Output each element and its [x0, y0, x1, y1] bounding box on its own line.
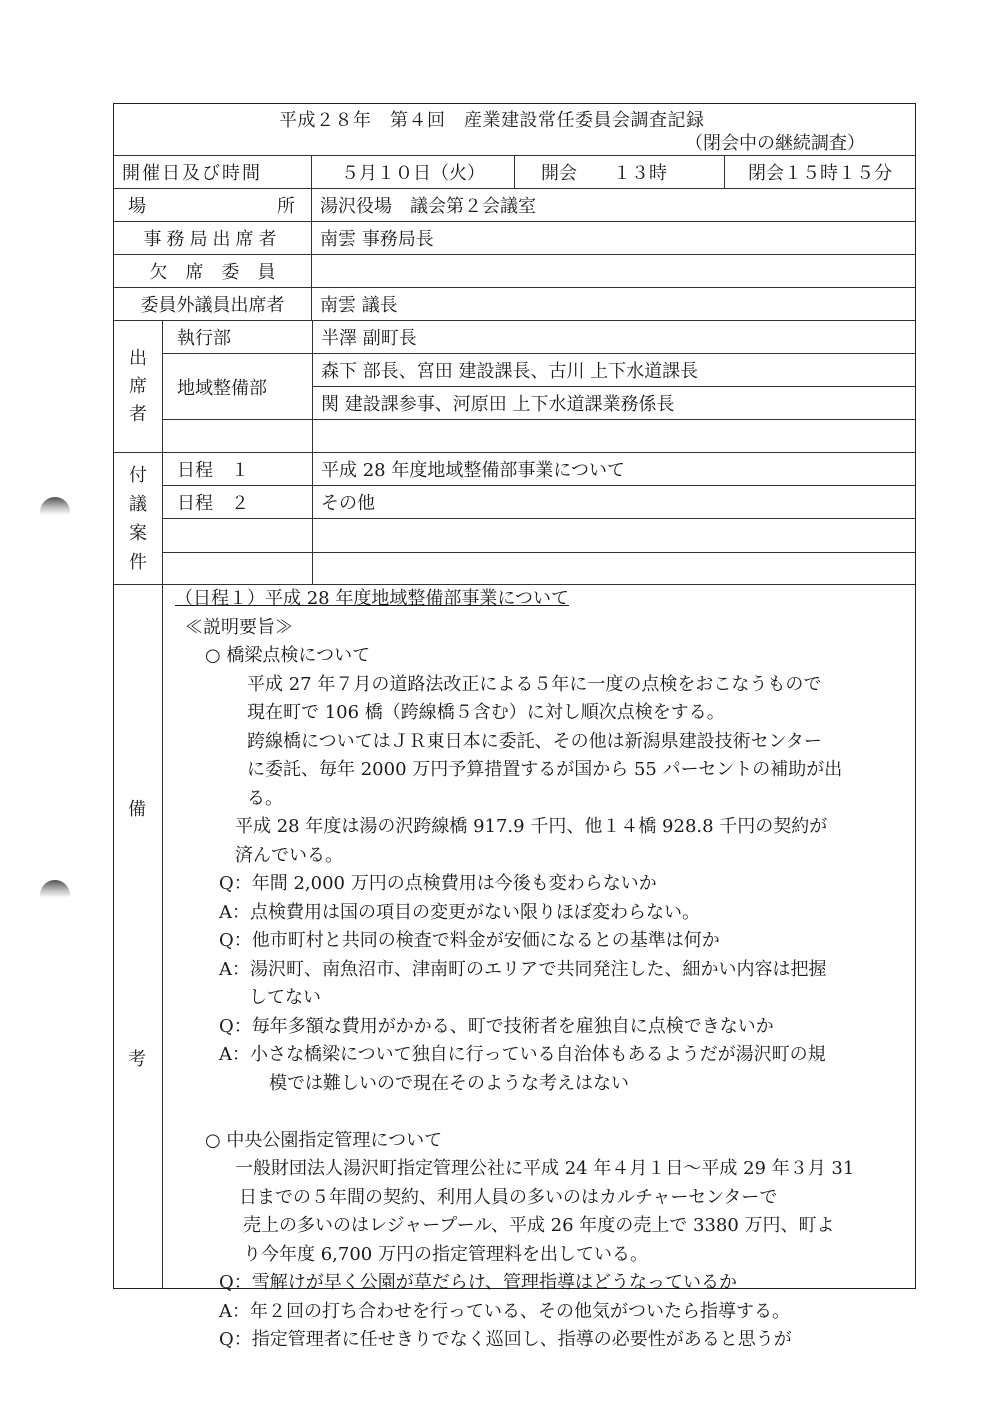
agenda-label: 日程 １	[163, 453, 313, 485]
group-char: 件	[129, 548, 147, 577]
qa-line-cont: してない	[169, 984, 915, 1013]
date-label: 開催日及び時間	[114, 156, 312, 188]
nonmember-row: 委員外議員出席者 南雲 議長	[114, 288, 915, 321]
remarks-label-bottom: 考	[128, 1045, 146, 1071]
agenda-value: 平成 28 年度地域整備部事業について	[313, 453, 915, 485]
qa-line: Q：他市町村と共同の検査で料金が安価になるとの基準は何か	[169, 927, 915, 956]
qa-line: A：小さな橋梁について独自に行っている自治体もあるようだが湯沢町の規	[169, 1041, 915, 1070]
group-char: 出	[129, 345, 147, 373]
remarks-heading: （日程１）平成 28 年度地域整備部事業について	[169, 585, 915, 614]
document-page: 平成２８年 第４回 産業建設常任委員会調査記録 （閉会中の継続調査） 開催日及び…	[0, 0, 1000, 1412]
secretariat-value: 南雲 事務局長	[312, 222, 915, 254]
place-value: 湯沢役場 議会第２会議室	[312, 189, 915, 221]
agenda-value	[313, 519, 915, 551]
date-row: 開催日及び時間 ５月１０日（火） 開会 １３時 閉会１５時１５分	[114, 156, 915, 189]
qa-line: Q：指定管理者に任せきりでなく巡回し、指導の必要性があると思うが	[169, 1326, 915, 1355]
agenda-value	[313, 553, 915, 585]
absent-label: 欠 席 委 員	[114, 255, 312, 287]
qa-line: A：湯沢町、南魚沼市、津南町のエリアで共同発注した、細かい内容は把握	[169, 956, 915, 985]
topic-line: 日までの５年間の契約、利用人員の多いのはカルチャーセンターで	[169, 1184, 915, 1213]
punch-hole-mark	[40, 880, 70, 898]
agenda-label	[163, 519, 313, 552]
close-time: 閉会１５時１５分	[725, 156, 915, 188]
agenda-label	[163, 553, 313, 584]
topic-line: に委託、毎年 2000 万円予算措置するが国から 55 パーセントの補助が出	[169, 756, 915, 785]
topic-line: 売上の多いのはレジャープール、平成 26 年度の売上で 3380 万円、町よ	[169, 1212, 915, 1241]
agenda-value: その他	[313, 486, 915, 518]
group-char: 席	[129, 373, 147, 401]
place-label: 場 所	[114, 189, 312, 221]
attendee-row: 地域整備部 森下 部長、宮田 建設課長、古川 上下水道課長 関 建設課参事、河原…	[163, 354, 915, 420]
agenda-label: 日程 ２	[163, 486, 313, 518]
group-char: 付	[129, 461, 147, 490]
absent-value	[312, 255, 915, 287]
place-row: 場 所 湯沢役場 議会第２会議室	[114, 189, 915, 222]
qa-line: Q：雪解けが早く公園が草だらけ、管理指導はどうなっているか	[169, 1269, 915, 1298]
attendee-names: 森下 部長、宮田 建設課長、古川 上下水道課長	[313, 354, 915, 387]
qa-line: Q：年間 2,000 万円の点検費用は今後も変わらないか	[169, 870, 915, 899]
agenda-item	[163, 519, 915, 553]
topic-line: 跨線橋についてはＪＲ東日本に委託、その他は新潟県建設技術センター	[169, 728, 915, 757]
punch-hole-mark	[40, 497, 70, 515]
agenda-item: 日程 ２ その他	[163, 486, 915, 519]
remarks-body: （日程１）平成 28 年度地域整備部事業について ≪説明要旨≫ ○ 橋梁点検につ…	[163, 585, 915, 1288]
topic-line: 済んでいる。	[169, 842, 915, 871]
agenda-item: 日程 １ 平成 28 年度地域整備部事業について	[163, 453, 915, 486]
open-time: 開会 １３時	[515, 156, 725, 188]
dept-label: 地域整備部	[163, 354, 313, 419]
topic-title: ○ 橋梁点検について	[169, 642, 915, 671]
secretariat-row: 事務局出席者 南雲 事務局長	[114, 222, 915, 255]
topic-line: る。	[169, 785, 915, 814]
agenda-list: 日程 １ 平成 28 年度地域整備部事業について 日程 ２ その他	[163, 453, 915, 584]
place-label-b: 所	[277, 192, 297, 218]
attendees-section: 出 席 者 執行部 半澤 副町長 地域整備部 森下 部長、宮田 建設課長、古川 …	[114, 321, 915, 453]
nonmember-label: 委員外議員出席者	[114, 288, 312, 320]
remarks-section: 備 考 （日程１）平成 28 年度地域整備部事業について ≪説明要旨≫ ○ 橋梁…	[114, 585, 915, 1288]
qa-line: A：点検費用は国の項目の変更がない限りほぼ変わらない。	[169, 899, 915, 928]
attendee-names	[313, 420, 915, 452]
attendee-row: 執行部 半澤 副町長	[163, 321, 915, 354]
qa-line: Q：毎年多額な費用がかかる、町で技術者を雇独自に点検できないか	[169, 1013, 915, 1042]
document-subtitle: （閉会中の継続調査）	[685, 129, 865, 155]
attendee-row	[163, 420, 915, 452]
secretariat-label: 事務局出席者	[114, 222, 312, 254]
dept-label: 執行部	[163, 321, 313, 353]
title-row: 平成２８年 第４回 産業建設常任委員会調査記録 （閉会中の継続調査）	[114, 104, 915, 156]
group-char: 議	[129, 490, 147, 519]
minutes-form: 平成２８年 第４回 産業建設常任委員会調査記録 （閉会中の継続調査） 開催日及び…	[113, 103, 916, 1289]
topic-line: 平成 28 年度は湯の沢跨線橋 917.9 千円、他１４橋 928.8 千円の契…	[169, 813, 915, 842]
topic-line: 一般財団法人湯沢町指定管理公社に平成 24 年４月１日～平成 29 年３月 31	[169, 1155, 915, 1184]
attendees-group-label: 出 席 者	[114, 321, 163, 452]
remarks-label: 備 考	[114, 585, 163, 1288]
topic-title: ○ 中央公園指定管理について	[169, 1127, 915, 1156]
group-char: 案	[129, 519, 147, 548]
qa-line: A：年２回の打ち合わせを行っている、その他気がついたら指導する。	[169, 1298, 915, 1327]
date-value: ５月１０日（火）	[312, 156, 515, 188]
qa-line-cont: 模では難しいので現在そのような考えはない	[169, 1070, 915, 1099]
attendee-names: 半澤 副町長	[313, 321, 915, 353]
place-label-a: 場	[128, 192, 148, 218]
group-char: 者	[129, 401, 147, 429]
attendees-list: 執行部 半澤 副町長 地域整備部 森下 部長、宮田 建設課長、古川 上下水道課長…	[163, 321, 915, 452]
agenda-group-label: 付 議 案 件	[114, 453, 163, 584]
spacer	[169, 1098, 915, 1127]
agenda-section: 付 議 案 件 日程 １ 平成 28 年度地域整備部事業について 日程 ２ その…	[114, 453, 915, 585]
document-title: 平成２８年 第４回 産業建設常任委員会調査記録	[279, 106, 705, 132]
dept-label	[163, 420, 313, 452]
attendee-names: 関 建設課参事、河原田 上下水道課業務係長	[313, 387, 915, 419]
topic-line: り今年度 6,700 万円の指定管理料を出している。	[169, 1241, 915, 1270]
topic-line: 現在町で 106 橋（跨線橋５含む）に対し順次点検をする。	[169, 699, 915, 728]
date-label-text: 開催日及び時間	[122, 159, 262, 185]
absent-row: 欠 席 委 員	[114, 255, 915, 288]
summary-label: ≪説明要旨≫	[169, 614, 915, 643]
agenda-item	[163, 553, 915, 584]
nonmember-value: 南雲 議長	[312, 288, 915, 320]
topic-line: 平成 27 年７月の道路法改正による５年に一度の点検をおこなうもので	[169, 671, 915, 700]
remarks-label-top: 備	[128, 795, 146, 821]
